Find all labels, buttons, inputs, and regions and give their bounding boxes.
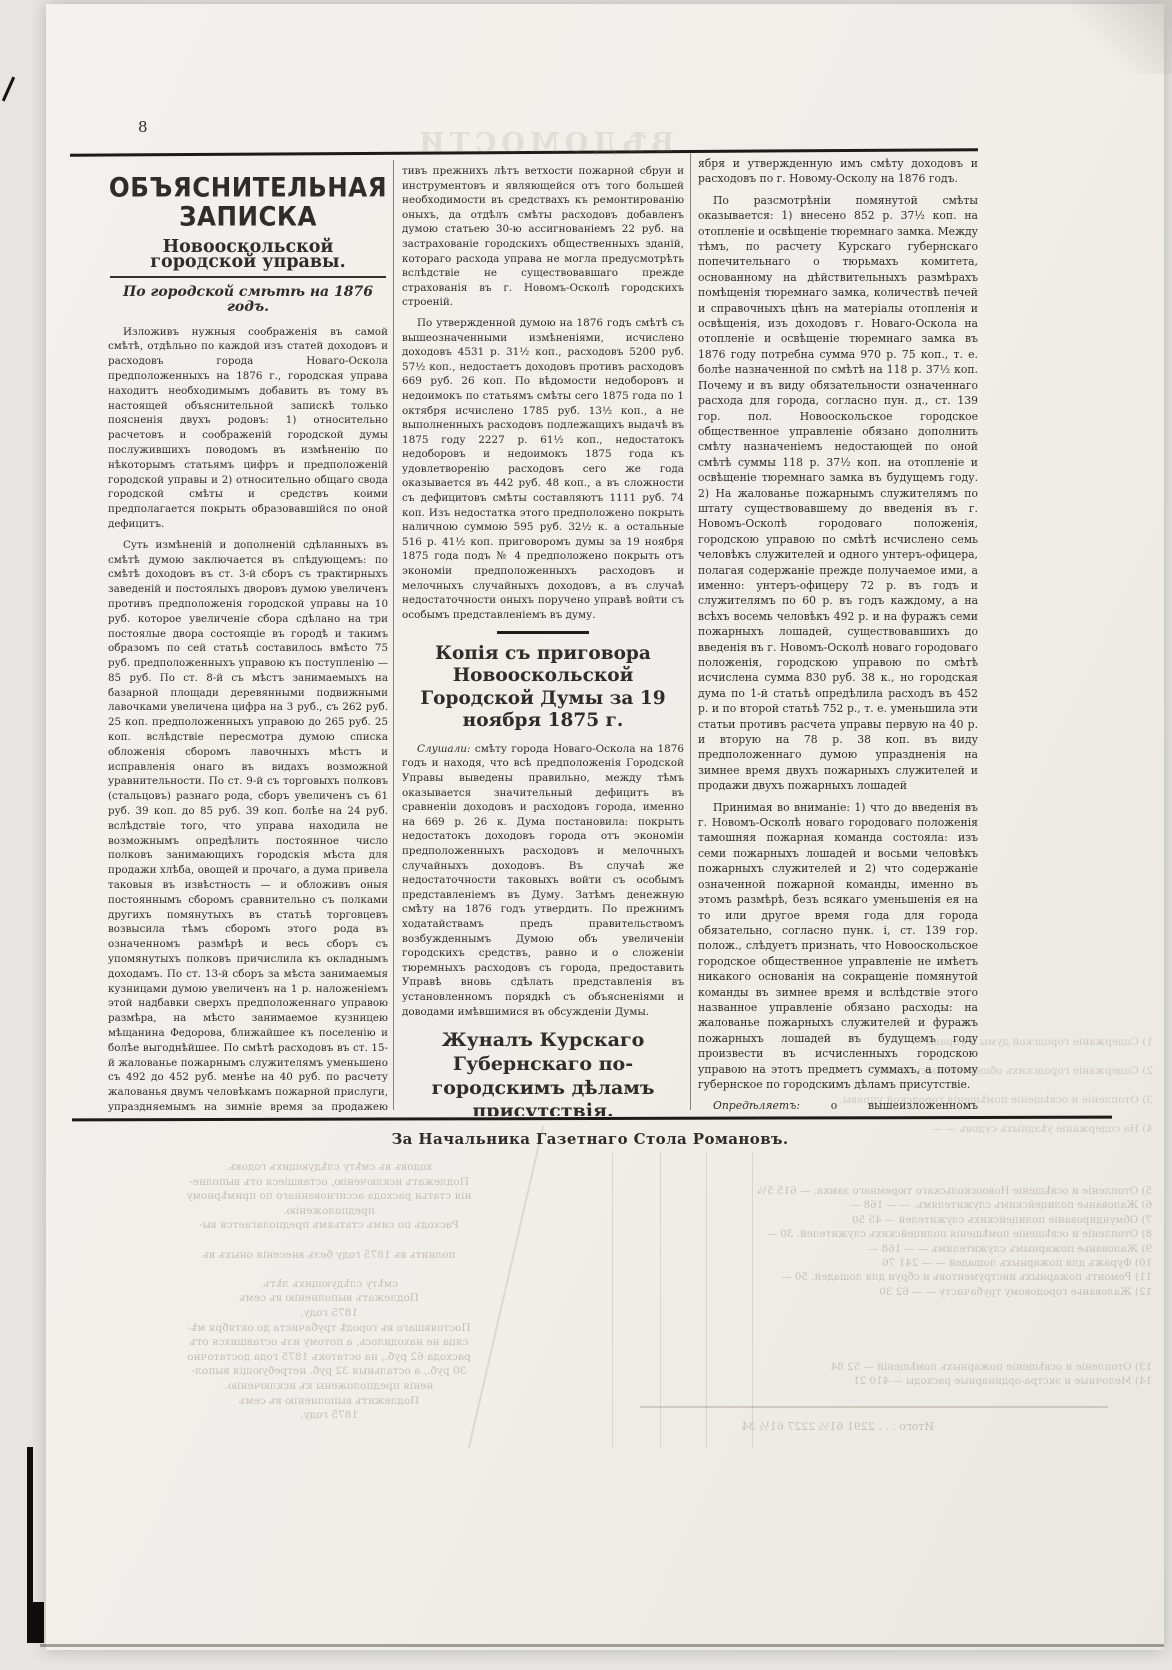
showthrough-table-column-rule [660,1152,661,1448]
journal-heading: Жуналъ Курскаго Губернскаго по-городским… [402,1029,684,1116]
body-paragraph: По разсмотрѣніи помянутой смѣты оказывае… [698,193,978,794]
showthrough-table-column-rule [612,1152,613,1448]
showthrough-expense-items-5-12: 5) Отопленіе и освѣщеніе Новооскольскаго… [604,1184,1152,1299]
column-middle: тивъ прежнихъ лѣтъ ветхости пожарной сбр… [402,164,684,1116]
binding-shadow-corner [27,1602,44,1643]
newspaper-scan-page: ВѢДОМОСТИ ходовъ въ смѣту слѣдующихъ год… [0,0,1172,1670]
body-paragraph: ября и утвержденную имъ смѣту доходовъ и… [698,156,978,187]
showthrough-table-rule [640,1406,1108,1408]
corner-shade [1072,0,1172,74]
body-paragraph: По утвержденной думою на 1876 годъ смѣтѣ… [402,316,684,622]
article-subtitle: По городской смѣтѣ на 1876 годъ. [108,285,388,315]
signature-line: За Начальника Газетнаго Стола Романовъ. [70,1130,1110,1148]
column-divider-rule [690,152,691,1110]
showthrough-masthead: ВѢДОМОСТИ [398,128,690,159]
article-subhead: Новооскольской городской управы. [108,240,388,270]
body-paragraph: тивъ прежнихъ лѣтъ ветхости пожарной сбр… [402,164,684,310]
body-paragraph: Слушали: смѣту города Новаго-Оскола на 1… [402,742,684,1019]
paragraph-lead: Слушали: [417,743,470,755]
showthrough-expense-items-13-14: 13) Отопленіе и освѣщеніе пожарныхъ помѣ… [604,1360,1152,1389]
column-right: ября и утвержденную имъ смѣту доходовъ и… [698,156,978,1112]
page-number: 8 [138,118,148,136]
paragraph-lead: Опредѣляетъ: [713,1099,800,1112]
column-left: ОБЪЯСНИТЕЛЬНАЯ ЗАПИСКА Новооскольской го… [108,164,388,1114]
scan-edge-mark [2,77,15,102]
section-divider-rule [497,631,589,633]
showthrough-table-column-rule [706,1152,707,1448]
headline-rule [110,276,386,278]
showthrough-table-column-rule [752,1152,753,1448]
body-paragraph: Суть измѣненій и дополненій сдѣланныхъ в… [108,538,388,1114]
showthrough-left-notes: ходовъ въ смѣту слѣдующихъ годовъ. Подле… [92,1160,566,1423]
body-paragraph: Изложивъ нужныя соображенія въ самой смѣ… [108,325,388,532]
article-headline: ОБЪЯСНИТЕЛЬНАЯ ЗАПИСКА [108,174,388,232]
body-paragraph: Принимая во вниманіе: 1) что до введенія… [698,800,978,1093]
copy-of-verdict-heading: Копія съ приговора Новооскольской Городс… [402,643,684,733]
body-paragraph: Опредѣляетъ: о вышеизложенномъ сообщить … [698,1098,978,1112]
paragraph-text: смѣту города Новаго-Оскола на 1876 годъ … [402,743,684,1018]
page-bottom-edge-shadow [40,1644,1164,1647]
column-divider-rule [393,160,394,1110]
showthrough-total-row: Итого . . . 2291 61½ 2227 61½ 34 [604,1420,934,1433]
